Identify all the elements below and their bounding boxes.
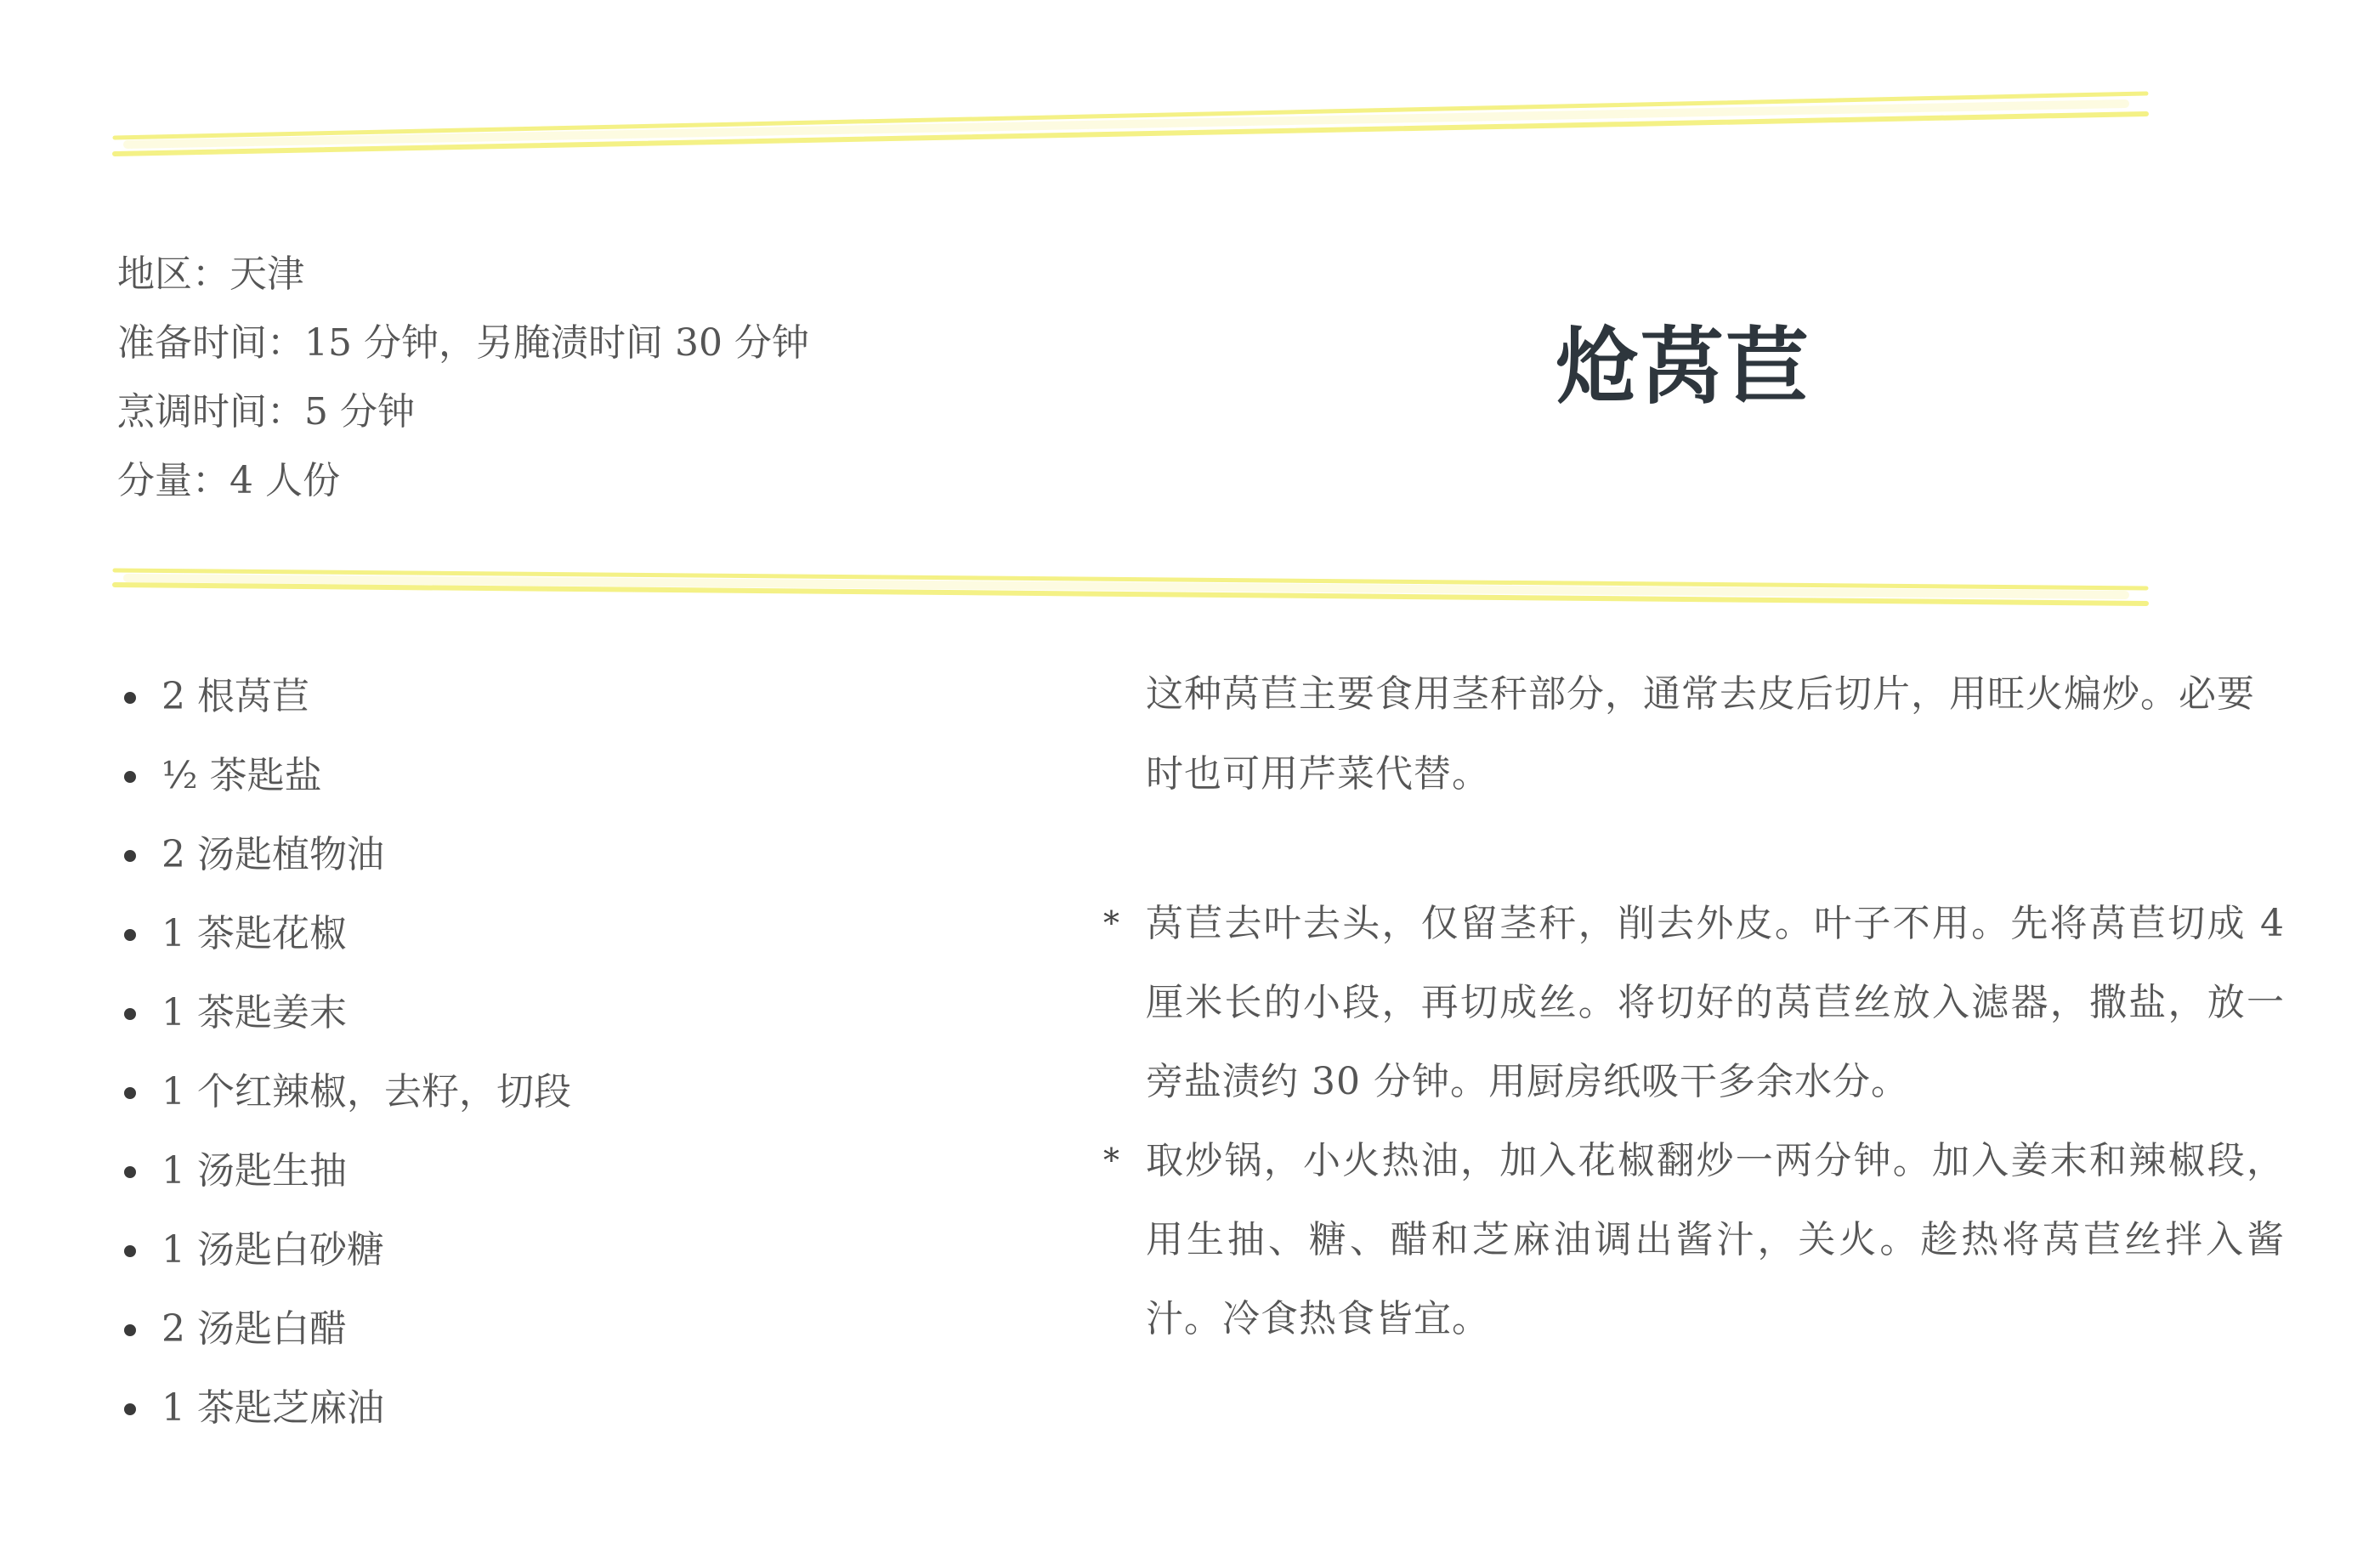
recipe-meta: 地区：天津 准备时间：15 分钟，另腌渍时间 30 分钟 烹调时间：5 分钟 分… (117, 240, 809, 515)
prep-time-label: 准备时间：15 分钟，另腌渍时间 30 分钟 (117, 309, 809, 377)
recipe-title: 炝莴苣 (1555, 316, 1827, 418)
top-rule (115, 93, 2146, 154)
ingredient-item: 2 汤匙白醋 (119, 1295, 571, 1374)
bullet-icon (124, 1403, 136, 1415)
step-text: 莴苣去叶去头，仅留茎秆，削去外皮。叶子不用。先将莴苣切成 4 厘米长的小段，再切… (1146, 902, 2285, 1103)
ingredient-item: 1 茶匙花椒 (119, 900, 571, 979)
ingredient-item: 1 茶匙姜末 (119, 979, 571, 1058)
bullet-icon (124, 929, 136, 941)
asterisk-icon: * (1103, 1121, 1120, 1200)
bullet-icon (124, 850, 136, 862)
ingredient-item: 2 根莴苣 (119, 663, 571, 742)
bullet-icon (124, 1087, 136, 1099)
ingredient-item: 1 汤匙生抽 (119, 1137, 571, 1216)
method-column: 这种莴苣主要食用茎秆部分，通常去皮后切片，用旺火煸炒。必要时也可用芹菜代替。 *… (1146, 654, 2285, 1358)
bullet-icon (124, 1166, 136, 1178)
ingredient-text: 2 根莴苣 (161, 675, 309, 718)
ingredient-text: 1 汤匙生抽 (161, 1149, 347, 1193)
bullet-icon (124, 1324, 136, 1336)
ingredient-text: ½ 茶匙盐 (161, 754, 322, 797)
bullet-icon (124, 692, 136, 704)
ingredient-text: 1 茶匙姜末 (161, 991, 347, 1034)
ingredient-text: 1 个红辣椒，去籽，切段 (161, 1070, 571, 1113)
bullet-icon (124, 771, 136, 783)
ingredient-item: 2 汤匙植物油 (119, 821, 571, 900)
ingredient-item: ½ 茶匙盐 (119, 742, 571, 821)
ingredient-item: 1 汤匙白砂糖 (119, 1216, 571, 1295)
asterisk-icon: * (1103, 884, 1120, 963)
steps-list: * 莴苣去叶去头，仅留茎秆，削去外皮。叶子不用。先将莴苣切成 4 厘米长的小段，… (1146, 884, 2285, 1358)
ingredient-text: 2 汤匙植物油 (161, 833, 384, 876)
ingredient-item: 1 个红辣椒，去籽，切段 (119, 1058, 571, 1137)
step-item: * 莴苣去叶去头，仅留茎秆，削去外皮。叶子不用。先将莴苣切成 4 厘米长的小段，… (1146, 884, 2285, 1121)
servings-label: 分量：4 人份 (117, 446, 809, 515)
ingredient-text: 1 汤匙白砂糖 (161, 1228, 384, 1272)
bullet-icon (124, 1008, 136, 1020)
ingredient-text: 2 汤匙白醋 (161, 1307, 347, 1351)
region-label: 地区：天津 (117, 240, 809, 309)
step-text: 取炒锅，小火热油，加入花椒翻炒一两分钟。加入姜末和辣椒段，用生抽、糖、醋和芝麻油… (1146, 1139, 2285, 1340)
ingredient-text: 1 茶匙花椒 (161, 912, 347, 955)
bullet-icon (124, 1245, 136, 1257)
cook-time-label: 烹调时间：5 分钟 (117, 377, 809, 446)
ingredient-item: 1 茶匙芝麻油 (119, 1374, 571, 1453)
ingredient-text: 1 茶匙芝麻油 (161, 1386, 384, 1430)
middle-rule (115, 570, 2146, 603)
ingredients-list: 2 根莴苣 ½ 茶匙盐 2 汤匙植物油 1 茶匙花椒 1 茶匙姜末 1 个红辣椒… (119, 663, 571, 1453)
step-item: * 取炒锅，小火热油，加入花椒翻炒一两分钟。加入姜末和辣椒段，用生抽、糖、醋和芝… (1146, 1121, 2285, 1358)
recipe-intro: 这种莴苣主要食用茎秆部分，通常去皮后切片，用旺火煸炒。必要时也可用芹菜代替。 (1146, 654, 2285, 814)
